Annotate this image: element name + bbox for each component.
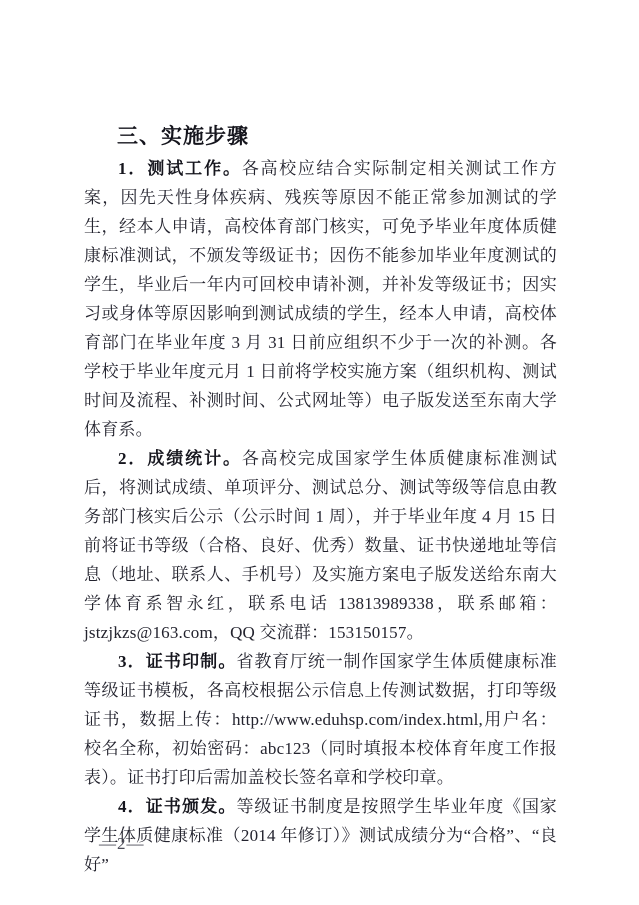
document-body: 三、实施步骤 1．测试工作。各高校应结合实际制定相关测试工作方案，因先天性身体疾… bbox=[84, 118, 557, 879]
paragraph-certificate-issuance-label: 4．证书颁发。 bbox=[118, 797, 237, 816]
paragraph-test-work: 1．测试工作。各高校应结合实际制定相关测试工作方案，因先天性身体疾病、残疾等原因… bbox=[84, 154, 557, 444]
paragraph-test-work-text: 各高校应结合实际制定相关测试工作方案，因先天性身体疾病、残疾等原因不能正常参加测… bbox=[84, 159, 557, 439]
paragraph-certificate-issuance: 4．证书颁发。等级证书制度是按照学生毕业年度《国家学生体质健康标准（2014 年… bbox=[84, 792, 557, 879]
page-number: —2— bbox=[99, 834, 145, 854]
paragraph-score-statistics-label: 2．成绩统计。 bbox=[118, 449, 242, 468]
paragraph-test-work-label: 1．测试工作。 bbox=[118, 159, 242, 178]
section-heading: 三、实施步骤 bbox=[84, 118, 557, 154]
document-page: 三、实施步骤 1．测试工作。各高校应结合实际制定相关测试工作方案，因先天性身体疾… bbox=[0, 0, 639, 905]
paragraph-certificate-printing: 3．证书印制。省教育厅统一制作国家学生体质健康标准等级证书模板，各高校根据公示信… bbox=[84, 647, 557, 792]
paragraph-score-statistics-text: 各高校完成国家学生体质健康标准测试后，将测试成绩、单项评分、测试总分、测试等级等… bbox=[84, 449, 557, 642]
paragraph-score-statistics: 2．成绩统计。各高校完成国家学生体质健康标准测试后，将测试成绩、单项评分、测试总… bbox=[84, 444, 557, 647]
paragraph-certificate-printing-label: 3．证书印制。 bbox=[118, 652, 237, 671]
paragraph-certificate-printing-text: 省教育厅统一制作国家学生体质健康标准等级证书模板，各高校根据公示信息上传测试数据… bbox=[84, 652, 557, 787]
